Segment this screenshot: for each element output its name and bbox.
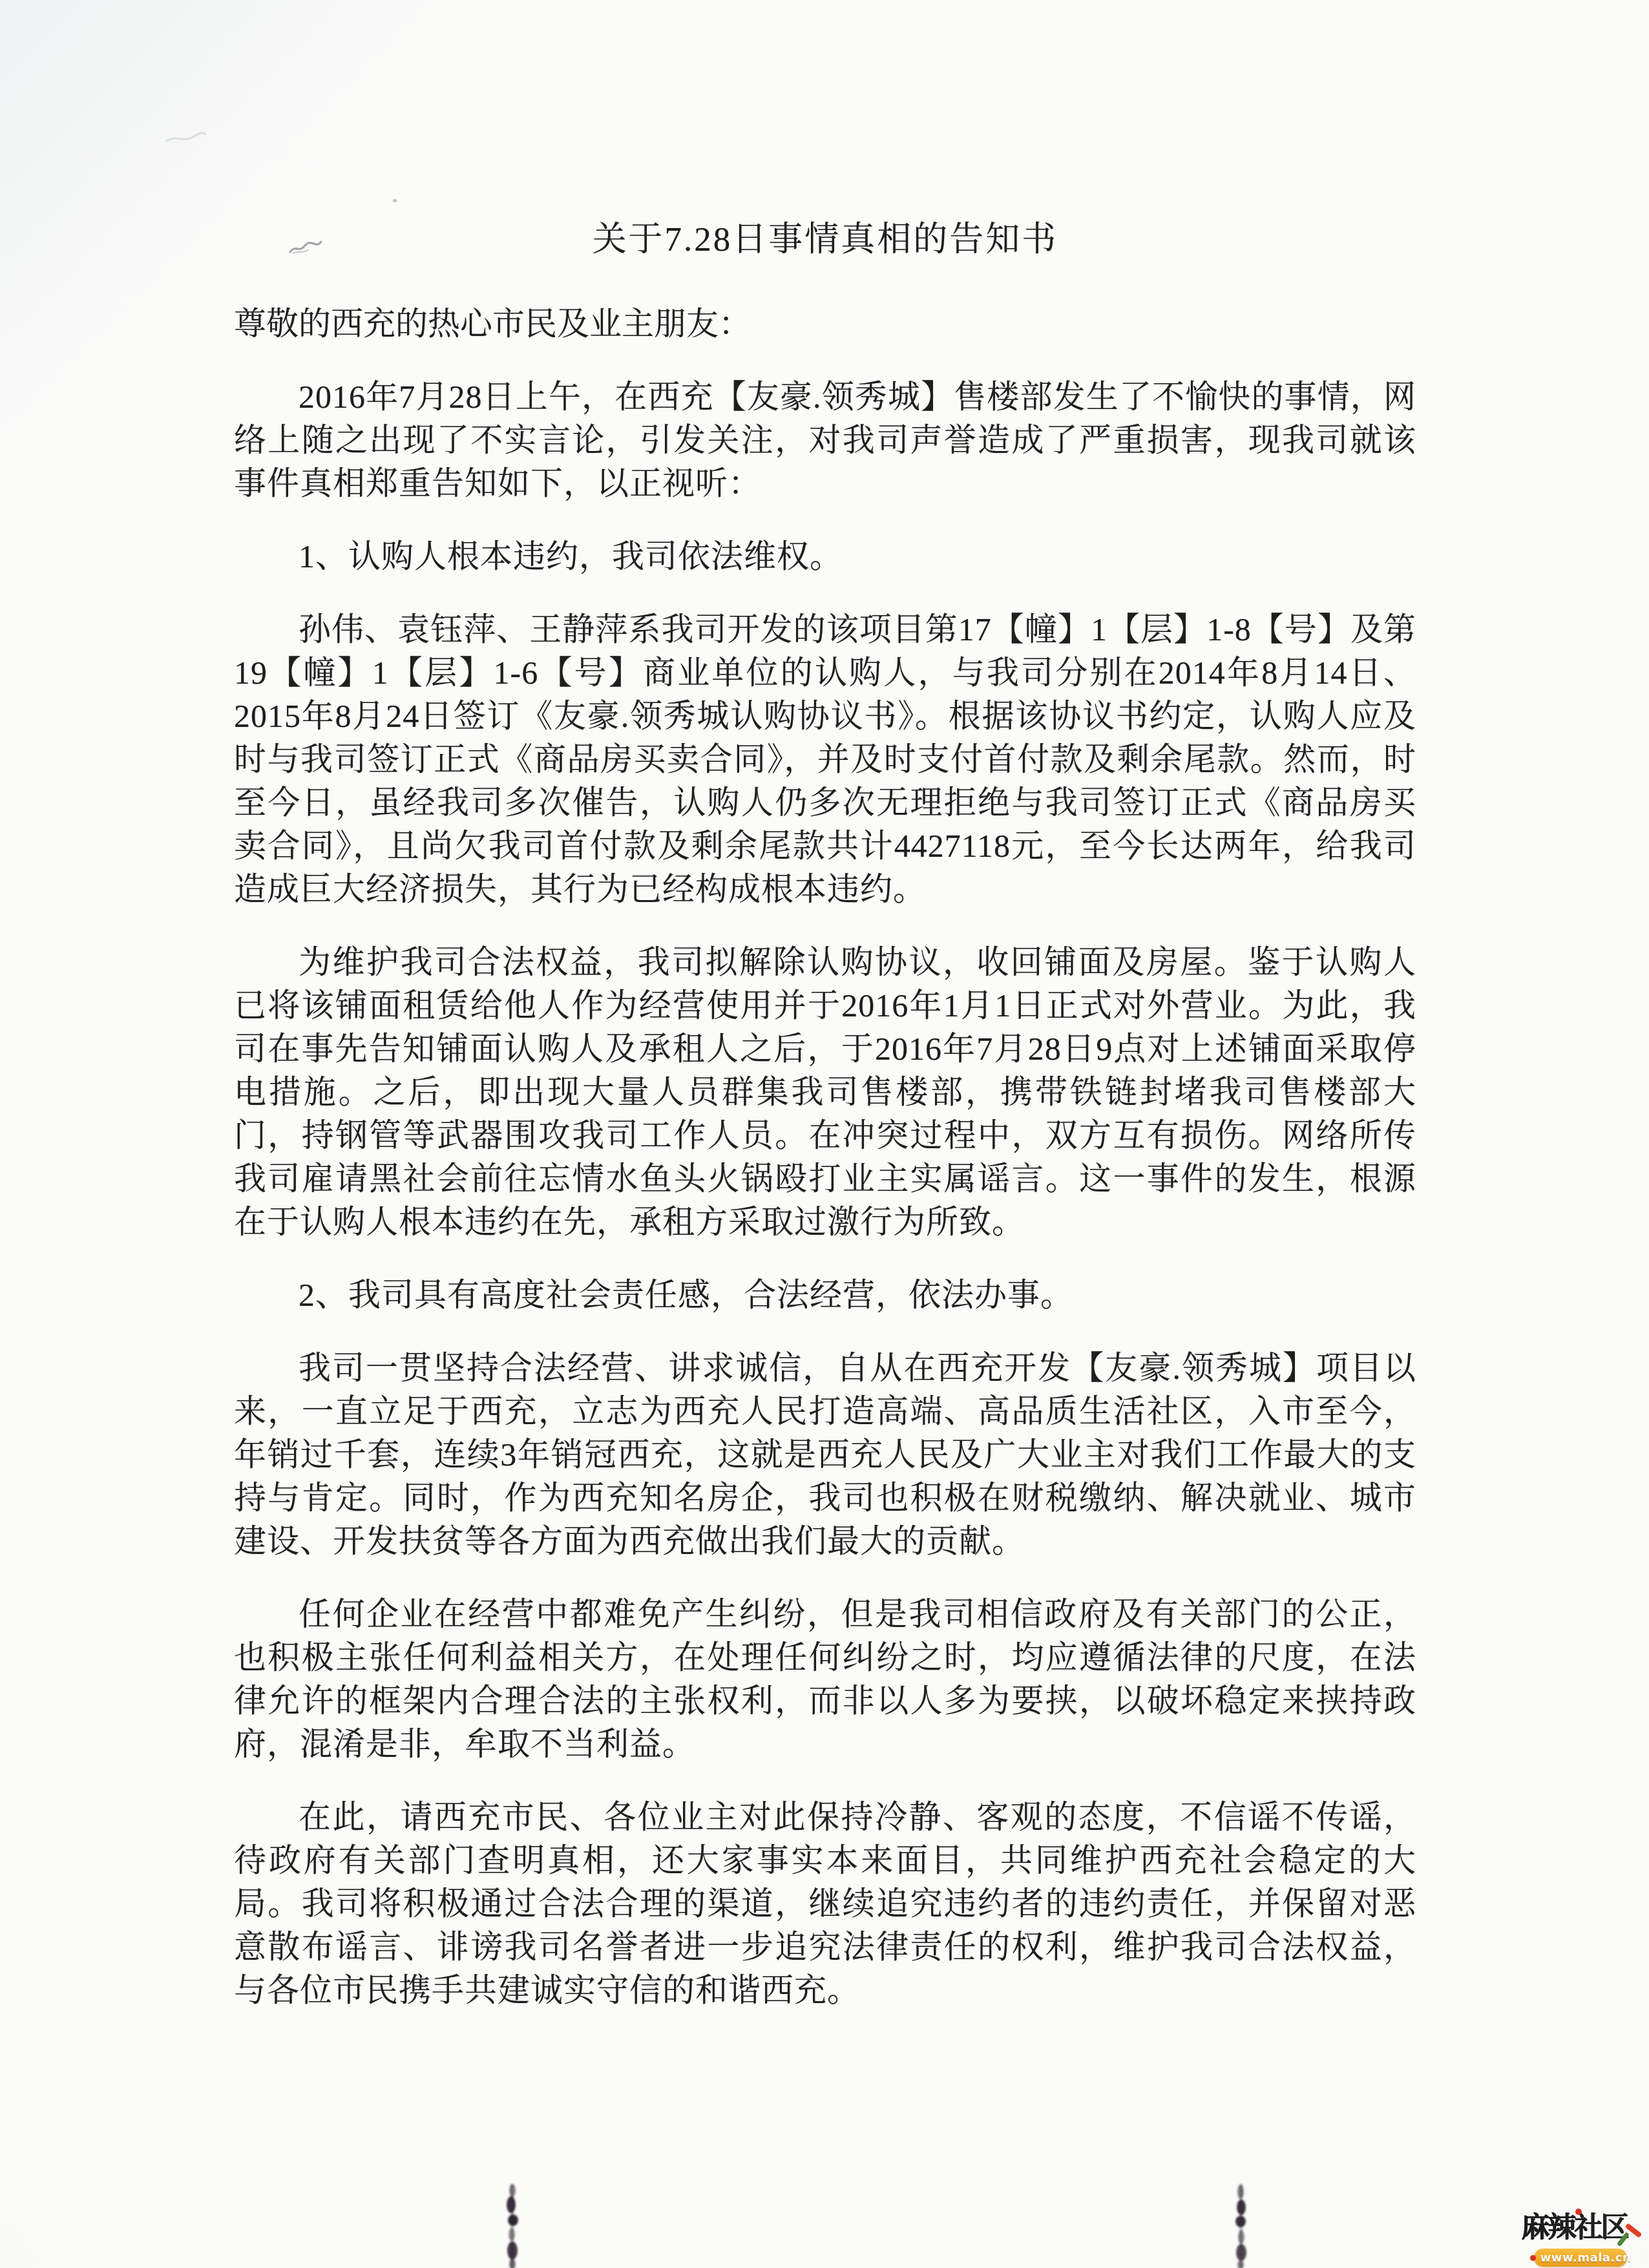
mala-url-pill: www.mala.cn: [1534, 2249, 1627, 2267]
red-dot-icon: [1530, 2255, 1536, 2261]
section-1-heading: 1、认购人根本违约，我司依法维权。: [234, 535, 1416, 578]
document-title: 关于7.28日事情真相的告知书: [234, 212, 1416, 261]
section-2-paragraph-2: 任何企业在经营中都难免产生纠纷，但是我司相信政府及有关部门的公正，也积极主张任何…: [234, 1593, 1416, 1766]
ink-smudge-left: [498, 2183, 527, 2268]
mala-site-url: www.mala.cn: [1540, 2251, 1632, 2265]
pencil-squiggle-mark: [288, 236, 329, 257]
intro-paragraph: 2016年7月28日上午，在西充【友豪.领秀城】售楼部发生了不愉快的事情，网络上…: [234, 375, 1416, 505]
section-2-paragraph-1: 我司一贯坚持合法经营、讲求诚信，自从在西充开发【友豪.领秀城】项目以来，一直立足…: [234, 1347, 1416, 1563]
scan-speck: [748, 1188, 752, 1191]
salutation-line: 尊敬的西充的热心市民及业主朋友：: [234, 302, 1416, 346]
ink-smudge-right: [1227, 2183, 1255, 2268]
section-2-heading: 2、我司具有高度社会责任感，合法经营，依法办事。: [234, 1274, 1416, 1317]
section-1-paragraph-2: 为维护我司合法权益，我司拟解除认购协议，收回铺面及房屋。鉴于认购人已将该铺面租赁…: [234, 941, 1416, 1244]
scanned-notice-page: 关于7.28日事情真相的告知书 尊敬的西充的热心市民及业主朋友： 2016年7月…: [0, 0, 1649, 2268]
document-body: 关于7.28日事情真相的告知书 尊敬的西充的热心市民及业主朋友： 2016年7月…: [234, 212, 1416, 2042]
faint-scan-mark: [163, 128, 208, 150]
section-2-paragraph-3: 在此，请西充市民、各位业主对此保持冷静、客观的态度，不信谣不传谣，待政府有关部门…: [234, 1796, 1416, 2012]
red-dot-accent-icon: [1575, 2209, 1582, 2215]
section-1-paragraph-1: 孙伟、袁钰萍、王静萍系我司开发的该项目第17【幢】1【层】1-8【号】及第19【…: [234, 608, 1416, 911]
scan-speck: [393, 199, 397, 202]
mala-community-watermark: 麻辣社区 www.mala.cn: [1520, 2211, 1648, 2268]
